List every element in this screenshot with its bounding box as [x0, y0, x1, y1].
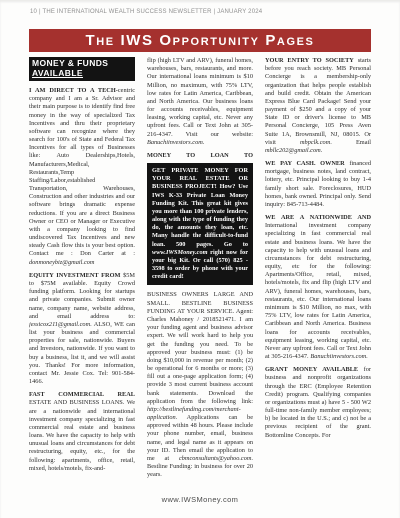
iws-private-money-kit-ad-box: GET PRIVATE MONEY FOR YOUR REAL ESTATE O… [147, 163, 253, 285]
ad-equity-investment: EQUITY INVESTMENT FROM $5M to $75M avail… [29, 272, 135, 386]
category-box-money-funds-available: Money & Funds Available [29, 57, 135, 81]
column-middle: flip (high LTV and ARV), funeral homes, … [147, 57, 253, 497]
banner-title: The IWS Opportunity Pages [85, 32, 314, 49]
content-columns: Money & Funds Available I AM DIRECT TO A… [29, 57, 371, 497]
ad-bestline-business-funding: BUSINESS OWNERS LARGE AND SMALL. BESTLIN… [147, 291, 253, 479]
ad-money-to-loan-heading: MONEY TO LOAN TO [147, 152, 253, 160]
ad-loans-continuation: flip (high LTV and ARV), funeral homes, … [147, 57, 253, 147]
iws-private-money-kit-ad-text: GET PRIVATE MONEY FOR YOUR REAL ESTATE O… [152, 167, 248, 281]
ad-grant-money-erc: GRANT MONEY AVAILABLE for business and n… [265, 366, 371, 440]
category-box-line2: Available [32, 69, 132, 79]
ad-nationwide-investment-company: WE ARE A NATIONWIDE AND International in… [265, 214, 371, 361]
page-number-and-newsletter-header: 10 | The International Wealth Success Ne… [30, 9, 380, 15]
ad-entry-to-society: YOUR ENTRY TO SOCIETY starts before you … [265, 57, 371, 155]
column-left: Money & Funds Available I AM DIRECT TO A… [29, 57, 135, 497]
column-right: YOUR ENTRY TO SOCIETY starts before you … [265, 57, 371, 497]
ad-tax-incentives-advisor: I AM DIRECT TO A TECH-centric company an… [29, 87, 135, 267]
ad-we-pay-cash: WE PAY CASH. OWNER financed mortgage, bu… [265, 160, 371, 209]
footer-website-url: www.IWSMoney.com [0, 495, 400, 504]
opportunity-pages-banner: The IWS Opportunity Pages [29, 29, 371, 52]
newsletter-page: 10 | The International Wealth Success Ne… [0, 0, 400, 518]
ad-fast-commercial-loans: FAST COMMERCIAL REAL ESTATE AND BUSINESS… [29, 391, 135, 473]
